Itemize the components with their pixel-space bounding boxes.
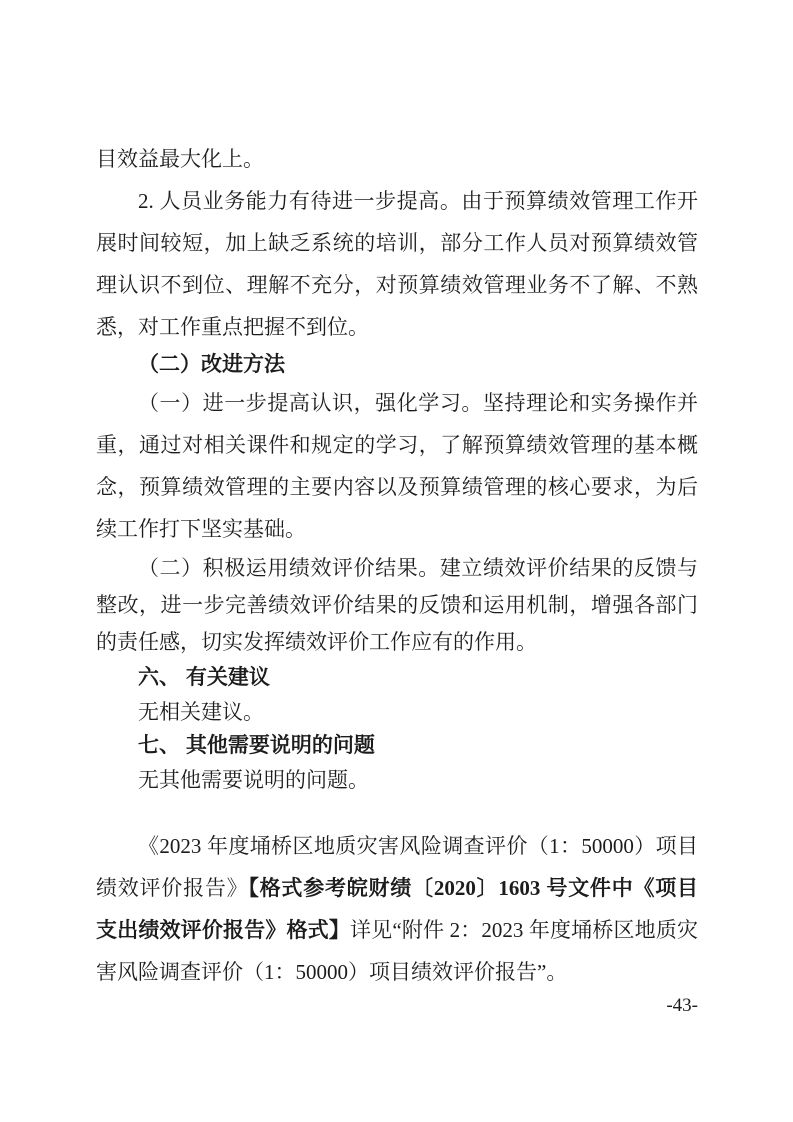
paragraph-improvement-1: （一）进一步提高认识，强化学习。坚持理论和实务操作并重，通过对相关课件和规定的学… (96, 382, 698, 550)
section-heading-seven-other-issues: 七、 其他需要说明的问题 (96, 729, 698, 763)
paragraph-improvement-2: （二）积极运用绩效评价结果。建立绩效评价结果的反馈与整改，进一步完善绩效评价结果… (96, 550, 698, 661)
content-area: 目效益最大化上。 2. 人员业务能力有待进一步提高。由于预算绩效管理工作开展时间… (96, 0, 698, 1017)
paragraph-no-other-issues: 无其他需要说明的问题。 (96, 763, 698, 797)
page-number: -43- (96, 995, 698, 1017)
document-page: 目效益最大化上。 2. 人员业务能力有待进一步提高。由于预算绩效管理工作开展时间… (0, 0, 793, 1122)
paragraph-closing-report-reference: 《2023 年度埇桥区地质灾害风险调查评价（1：50000）项目绩效评价报告》【… (96, 825, 698, 993)
paragraph-item-2: 2. 人员业务能力有待进一步提高。由于预算绩效管理工作开展时间较短，加上缺乏系统… (96, 180, 698, 348)
section-heading-improvement-methods: （二）改进方法 (96, 348, 698, 382)
section-heading-six-suggestions: 六、 有关建议 (96, 661, 698, 695)
paragraph-carryover: 目效益最大化上。 (96, 138, 698, 180)
paragraph-no-suggestions: 无相关建议。 (96, 695, 698, 729)
